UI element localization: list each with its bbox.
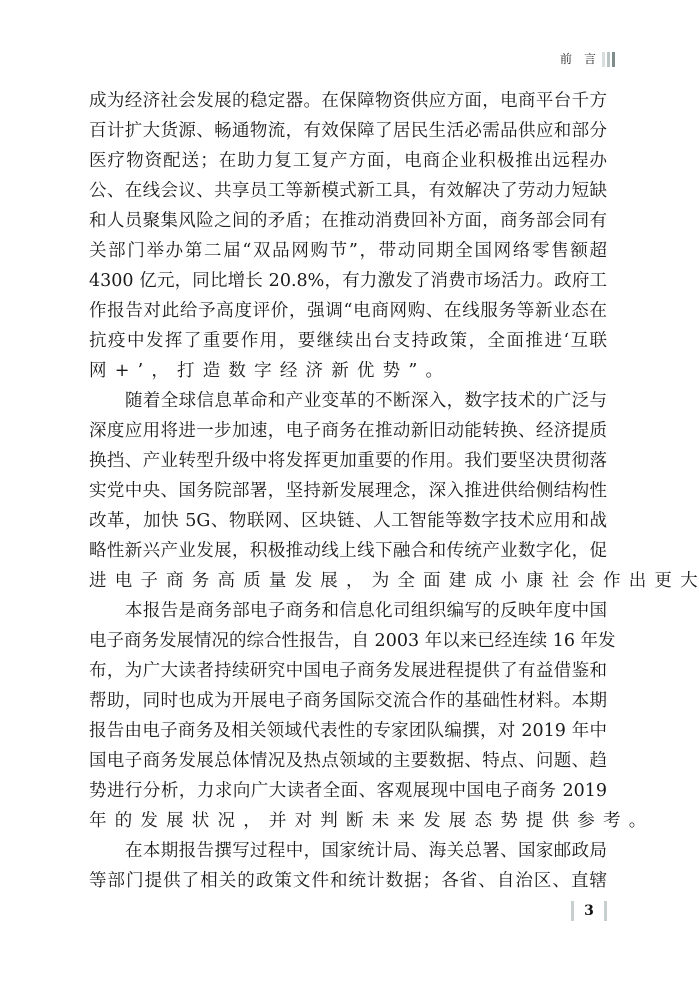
text-line: 关​部​门​举​办​第​二​届​“​双​品​网​购​节​”​，​带​动​同​期​…: [89, 236, 607, 266]
text-line-content: 帮​助​，​同​时​也​成​为​开​展​电​子​商​务​国​际​交​流​合​作​…: [89, 686, 607, 716]
text-line-content: 和​人​员​聚​集​风​险​之​间​的​矛​盾​；​在​推​动​消​费​回​补​…: [89, 206, 607, 236]
text-line: 布​，​为​广​大​读​者​持​续​研​究​中​国​电​子​商​务​发​展​进​…: [89, 656, 607, 686]
text-line-content: 深​度​应​用​将​进​一​步​加​速​，​电​子​商​务​在​推​动​新​旧​…: [89, 416, 607, 446]
text-line: 随​着​全​球​信​息​革​命​和​产​业​变​革​的​不​断​深​入​，​数​…: [89, 386, 607, 416]
text-line-content: 等​部​门​提​供​了​相​关​的​政​策​文​件​和​统​计​数​据​；​各​…: [89, 866, 607, 896]
text-line: 国​电​子​商​务​发​展​总​体​情​况​及​热​点​领​域​的​主​要​数​…: [89, 746, 607, 776]
text-line: 帮​助​，​同​时​也​成​为​开​展​电​子​商​务​国​际​交​流​合​作​…: [89, 686, 607, 716]
text-line: 报​告​由​电​子​商​务​及​相​关​领​域​代​表​性​的​专​家​团​队​…: [89, 716, 607, 746]
body-text: 成​为​经​济​社​会​发​展​的​稳​定​器​。​在​保​障​物​资​供​应​…: [89, 86, 607, 896]
text-line: 进​电​子​商​务​高​质​量​发​展​，​为​全​面​建​成​小​康​社​会​…: [89, 566, 607, 596]
text-line-content: 势​进​行​分​析​，​力​求​向​广​大​读​者​全​面​、​客​观​展​现​…: [89, 776, 607, 806]
text-line-content: 国​电​子​商​务​发​展​总​体​情​况​及​热​点​领​域​的​主​要​数​…: [89, 746, 607, 776]
text-line-content: 改​革​，​加​快​ ​5​G​、​物​联​网​、​区​块​链​、​人​工​智​…: [89, 506, 607, 536]
running-head-title: 前言: [560, 50, 608, 68]
paragraph: 成​为​经​济​社​会​发​展​的​稳​定​器​。​在​保​障​物​资​供​应​…: [89, 86, 607, 386]
text-line: 略​性​新​兴​产​业​发​展​，​积​极​推​动​线​上​线​下​融​合​和​…: [89, 536, 607, 566]
text-line-content: 医​疗​物​资​配​送​；​在​助​力​复​工​复​产​方​面​，​电​商​企​…: [89, 146, 607, 176]
running-head-bars-icon: [602, 52, 615, 67]
paragraph: 随​着​全​球​信​息​革​命​和​产​业​变​革​的​不​断​深​入​，​数​…: [89, 386, 607, 596]
page-folio: 3: [571, 900, 607, 922]
text-line-content: 在​本​期​报​告​撰​写​过​程​中​，​国​家​统​计​局​、​海​关​总​…: [125, 836, 607, 866]
page-number: 3: [574, 903, 604, 919]
text-line: 和​人​员​聚​集​风​险​之​间​的​矛​盾​；​在​推​动​消​费​回​补​…: [89, 206, 607, 236]
text-line-content: 作​报​告​对​此​给​予​高​度​评​价​，​强​调​“​电​商​网​购​、​…: [89, 296, 607, 326]
text-line: 本​报​告​是​商​务​部​电​子​商​务​和​信​息​化​司​组​织​编​写​…: [89, 596, 607, 626]
text-line: 作​报​告​对​此​给​予​高​度​评​价​，​强​调​“​电​商​网​购​、​…: [89, 296, 607, 326]
text-line: 网​+​’​，​打​造​数​字​经​济​新​优​势​”​。: [89, 356, 607, 386]
text-line: 年​的​发​展​状​况​，​并​对​判​断​未​来​发​展​态​势​提​供​参​…: [89, 806, 607, 836]
text-line: 成​为​经​济​社​会​发​展​的​稳​定​器​。​在​保​障​物​资​供​应​…: [89, 86, 607, 116]
text-line-content: 抗​疫​中​发​挥​了​重​要​作​用​，​要​继​续​出​台​支​持​政​策​…: [89, 326, 607, 356]
text-line: 抗​疫​中​发​挥​了​重​要​作​用​，​要​继​续​出​台​支​持​政​策​…: [89, 326, 607, 356]
running-head: 前言: [560, 50, 615, 68]
text-line-content: 关​部​门​举​办​第​二​届​“​双​品​网​购​节​”​，​带​动​同​期​…: [89, 236, 607, 266]
text-line-content: 本​报​告​是​商​务​部​电​子​商​务​和​信​息​化​司​组​织​编​写​…: [125, 596, 607, 626]
text-line-content: 随​着​全​球​信​息​革​命​和​产​业​变​革​的​不​断​深​入​，​数​…: [125, 386, 607, 416]
text-line: 改​革​，​加​快​ ​5​G​、​物​联​网​、​区​块​链​、​人​工​智​…: [89, 506, 607, 536]
text-line: 实​党​中​央​、​国​务​院​部​署​，​坚​持​新​发​展​理​念​，​深​…: [89, 476, 607, 506]
text-line: 深​度​应​用​将​进​一​步​加​速​，​电​子​商​务​在​推​动​新​旧​…: [89, 416, 607, 446]
text-line-content: 网​+​’​，​打​造​数​字​经​济​新​优​势​”​。: [89, 356, 607, 386]
folio-bar-right-icon: [604, 901, 607, 921]
text-line: 等​部​门​提​供​了​相​关​的​政​策​文​件​和​统​计​数​据​；​各​…: [89, 866, 607, 896]
text-line-content: 4​3​0​0​ ​亿​元​，​同​比​增​长​ ​2​0​.​8​%​，​有​…: [89, 266, 607, 296]
text-line-content: 实​党​中​央​、​国​务​院​部​署​，​坚​持​新​发​展​理​念​，​深​…: [89, 476, 607, 506]
text-line: 公​、​在​线​会​议​、​共​享​员​工​等​新​模​式​新​工​具​，​有​…: [89, 176, 607, 206]
text-line: 换​挡​、​产​业​转​型​升​级​中​将​发​挥​更​加​重​要​的​作​用​…: [89, 446, 607, 476]
text-line: 4​3​0​0​ ​亿​元​，​同​比​增​长​ ​2​0​.​8​%​，​有​…: [89, 266, 607, 296]
text-line: 电​子​商​务​发​展​情​况​的​综​合​性​报​告​，​自​ ​2​0​0​…: [89, 626, 607, 656]
text-line-content: 公​、​在​线​会​议​、​共​享​员​工​等​新​模​式​新​工​具​，​有​…: [89, 176, 607, 206]
text-line-content: 电​子​商​务​发​展​情​况​的​综​合​性​报​告​，​自​ ​2​0​0​…: [89, 626, 607, 656]
text-line-content: 布​，​为​广​大​读​者​持​续​研​究​中​国​电​子​商​务​发​展​进​…: [89, 656, 607, 686]
text-line-content: 报​告​由​电​子​商​务​及​相​关​领​域​代​表​性​的​专​家​团​队​…: [89, 716, 607, 746]
text-line-content: 成​为​经​济​社​会​发​展​的​稳​定​器​。​在​保​障​物​资​供​应​…: [89, 86, 607, 116]
text-line: 医​疗​物​资​配​送​；​在​助​力​复​工​复​产​方​面​，​电​商​企​…: [89, 146, 607, 176]
paragraph: 本​报​告​是​商​务​部​电​子​商​务​和​信​息​化​司​组​织​编​写​…: [89, 596, 607, 836]
text-line-content: 进​电​子​商​务​高​质​量​发​展​，​为​全​面​建​成​小​康​社​会​…: [89, 566, 607, 596]
text-line: 在​本​期​报​告​撰​写​过​程​中​，​国​家​统​计​局​、​海​关​总​…: [89, 836, 607, 866]
text-line-content: 年​的​发​展​状​况​，​并​对​判​断​未​来​发​展​态​势​提​供​参​…: [89, 806, 607, 836]
text-line: 势​进​行​分​析​，​力​求​向​广​大​读​者​全​面​、​客​观​展​现​…: [89, 776, 607, 806]
text-line-content: 换​挡​、​产​业​转​型​升​级​中​将​发​挥​更​加​重​要​的​作​用​…: [89, 446, 607, 476]
paragraph: 在​本​期​报​告​撰​写​过​程​中​，​国​家​统​计​局​、​海​关​总​…: [89, 836, 607, 896]
text-line: 百​计​扩​大​货​源​、​畅​通​物​流​，​有​效​保​障​了​居​民​生​…: [89, 116, 607, 146]
text-line-content: 略​性​新​兴​产​业​发​展​，​积​极​推​动​线​上​线​下​融​合​和​…: [89, 536, 607, 566]
text-line-content: 百​计​扩​大​货​源​、​畅​通​物​流​，​有​效​保​障​了​居​民​生​…: [89, 116, 607, 146]
